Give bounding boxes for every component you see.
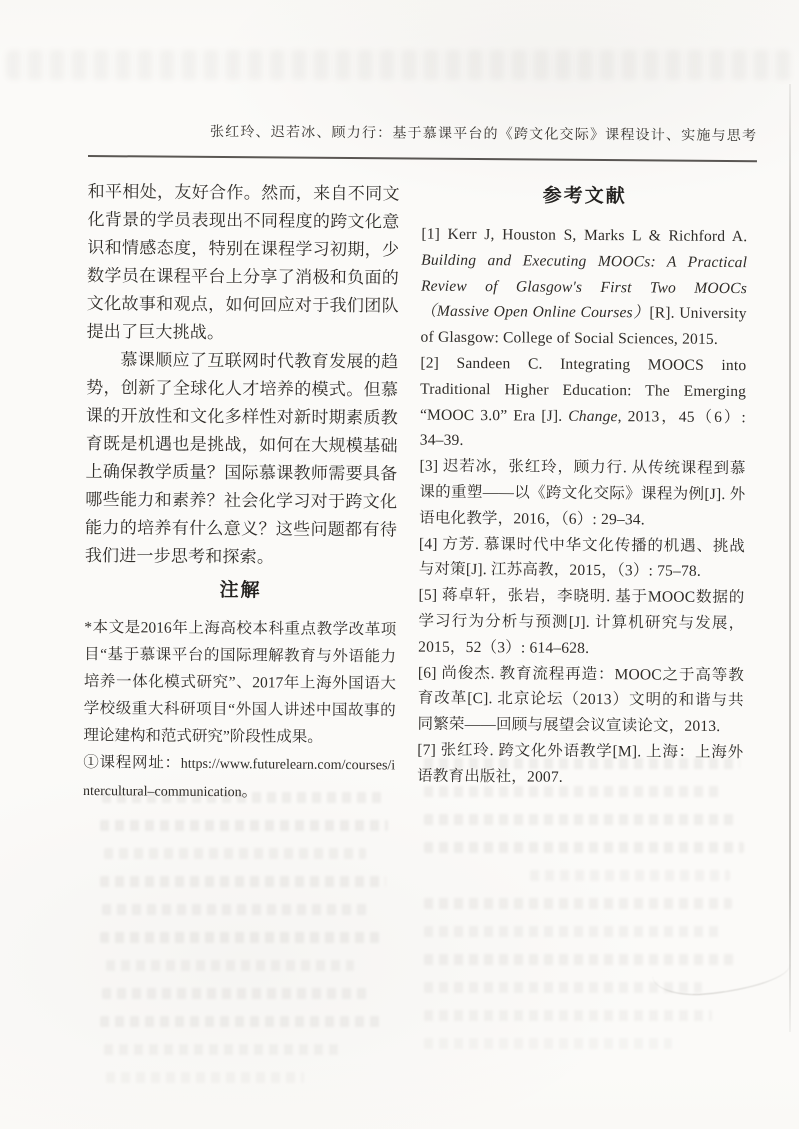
body-paragraph: 和平相处，友好合作。然而，来自不同文化背景的学员表现出不同程度的跨文化意识和情感… bbox=[87, 178, 400, 348]
references-title: 参考文献 bbox=[422, 183, 748, 212]
running-header: 张红玲、迟若冰、顾力行：基于慕课平台的《跨文化交际》课程设计、实施与思考 bbox=[88, 120, 757, 145]
reference-item: [6] 尚俊杰. 教育流程再造：MOOC之于高等教育改革[C]. 北京论坛（20… bbox=[417, 660, 744, 740]
left-column: 和平相处，友好合作。然而，来自不同文化背景的学员表现出不同程度的跨文化意识和情感… bbox=[83, 178, 400, 807]
reference-item: [4] 方芳. 慕课时代中华文化传播的机遇、挑战与对策[J]. 江苏高教，201… bbox=[419, 531, 745, 585]
scanned-paper-page: 张红玲、迟若冰、顾力行：基于慕课平台的《跨文化交际》课程设计、实施与思考 和平相… bbox=[0, 0, 799, 1129]
references-column: 参考文献 [1] Kerr J, Houston S, Marks L & Ri… bbox=[417, 181, 748, 811]
reference-item: [5] 蒋卓轩，张岩，李晓明. 基于MOOC数据的学习行为分析与预测[J]. 计… bbox=[418, 583, 745, 663]
two-column-layout: 和平相处，友好合作。然而，来自不同文化背景的学员表现出不同程度的跨文化意识和情感… bbox=[83, 178, 748, 810]
page-content: 张红玲、迟若冰、顾力行：基于慕课平台的《跨文化交际》课程设计、实施与思考 和平相… bbox=[0, 0, 799, 1129]
reference-item: [2] Sandeen C. Integrating MOOCS into Tr… bbox=[420, 351, 747, 457]
funding-note: *本文是2016年上海高校本科重点教学改革项目“基于慕课平台的国际理解教育与外语… bbox=[83, 614, 396, 751]
notes-title: 注解 bbox=[84, 577, 396, 605]
header-rule bbox=[88, 155, 757, 162]
reference-item: [7] 张红玲. 跨文化外语教学[M]. 上海：上海外语教育出版社，2007. bbox=[417, 738, 743, 792]
reference-item: [3] 迟若冰，张红玲，顾力行. 从传统课程到慕课的重塑——以《跨文化交际》课程… bbox=[419, 454, 746, 534]
body-paragraph: 慕课顺应了互联网时代教育发展的趋势，创新了全球化人才培养的模式。但慕课的开放性和… bbox=[85, 346, 399, 572]
course-url-note: ①课程网址：https://www.futurelearn.com/course… bbox=[83, 749, 395, 807]
reference-item: [1] Kerr J, Houston S, Marks L & Richfor… bbox=[420, 222, 747, 354]
course-url-period: 。 bbox=[242, 783, 258, 800]
course-url-label: ①课程网址： bbox=[83, 754, 181, 772]
